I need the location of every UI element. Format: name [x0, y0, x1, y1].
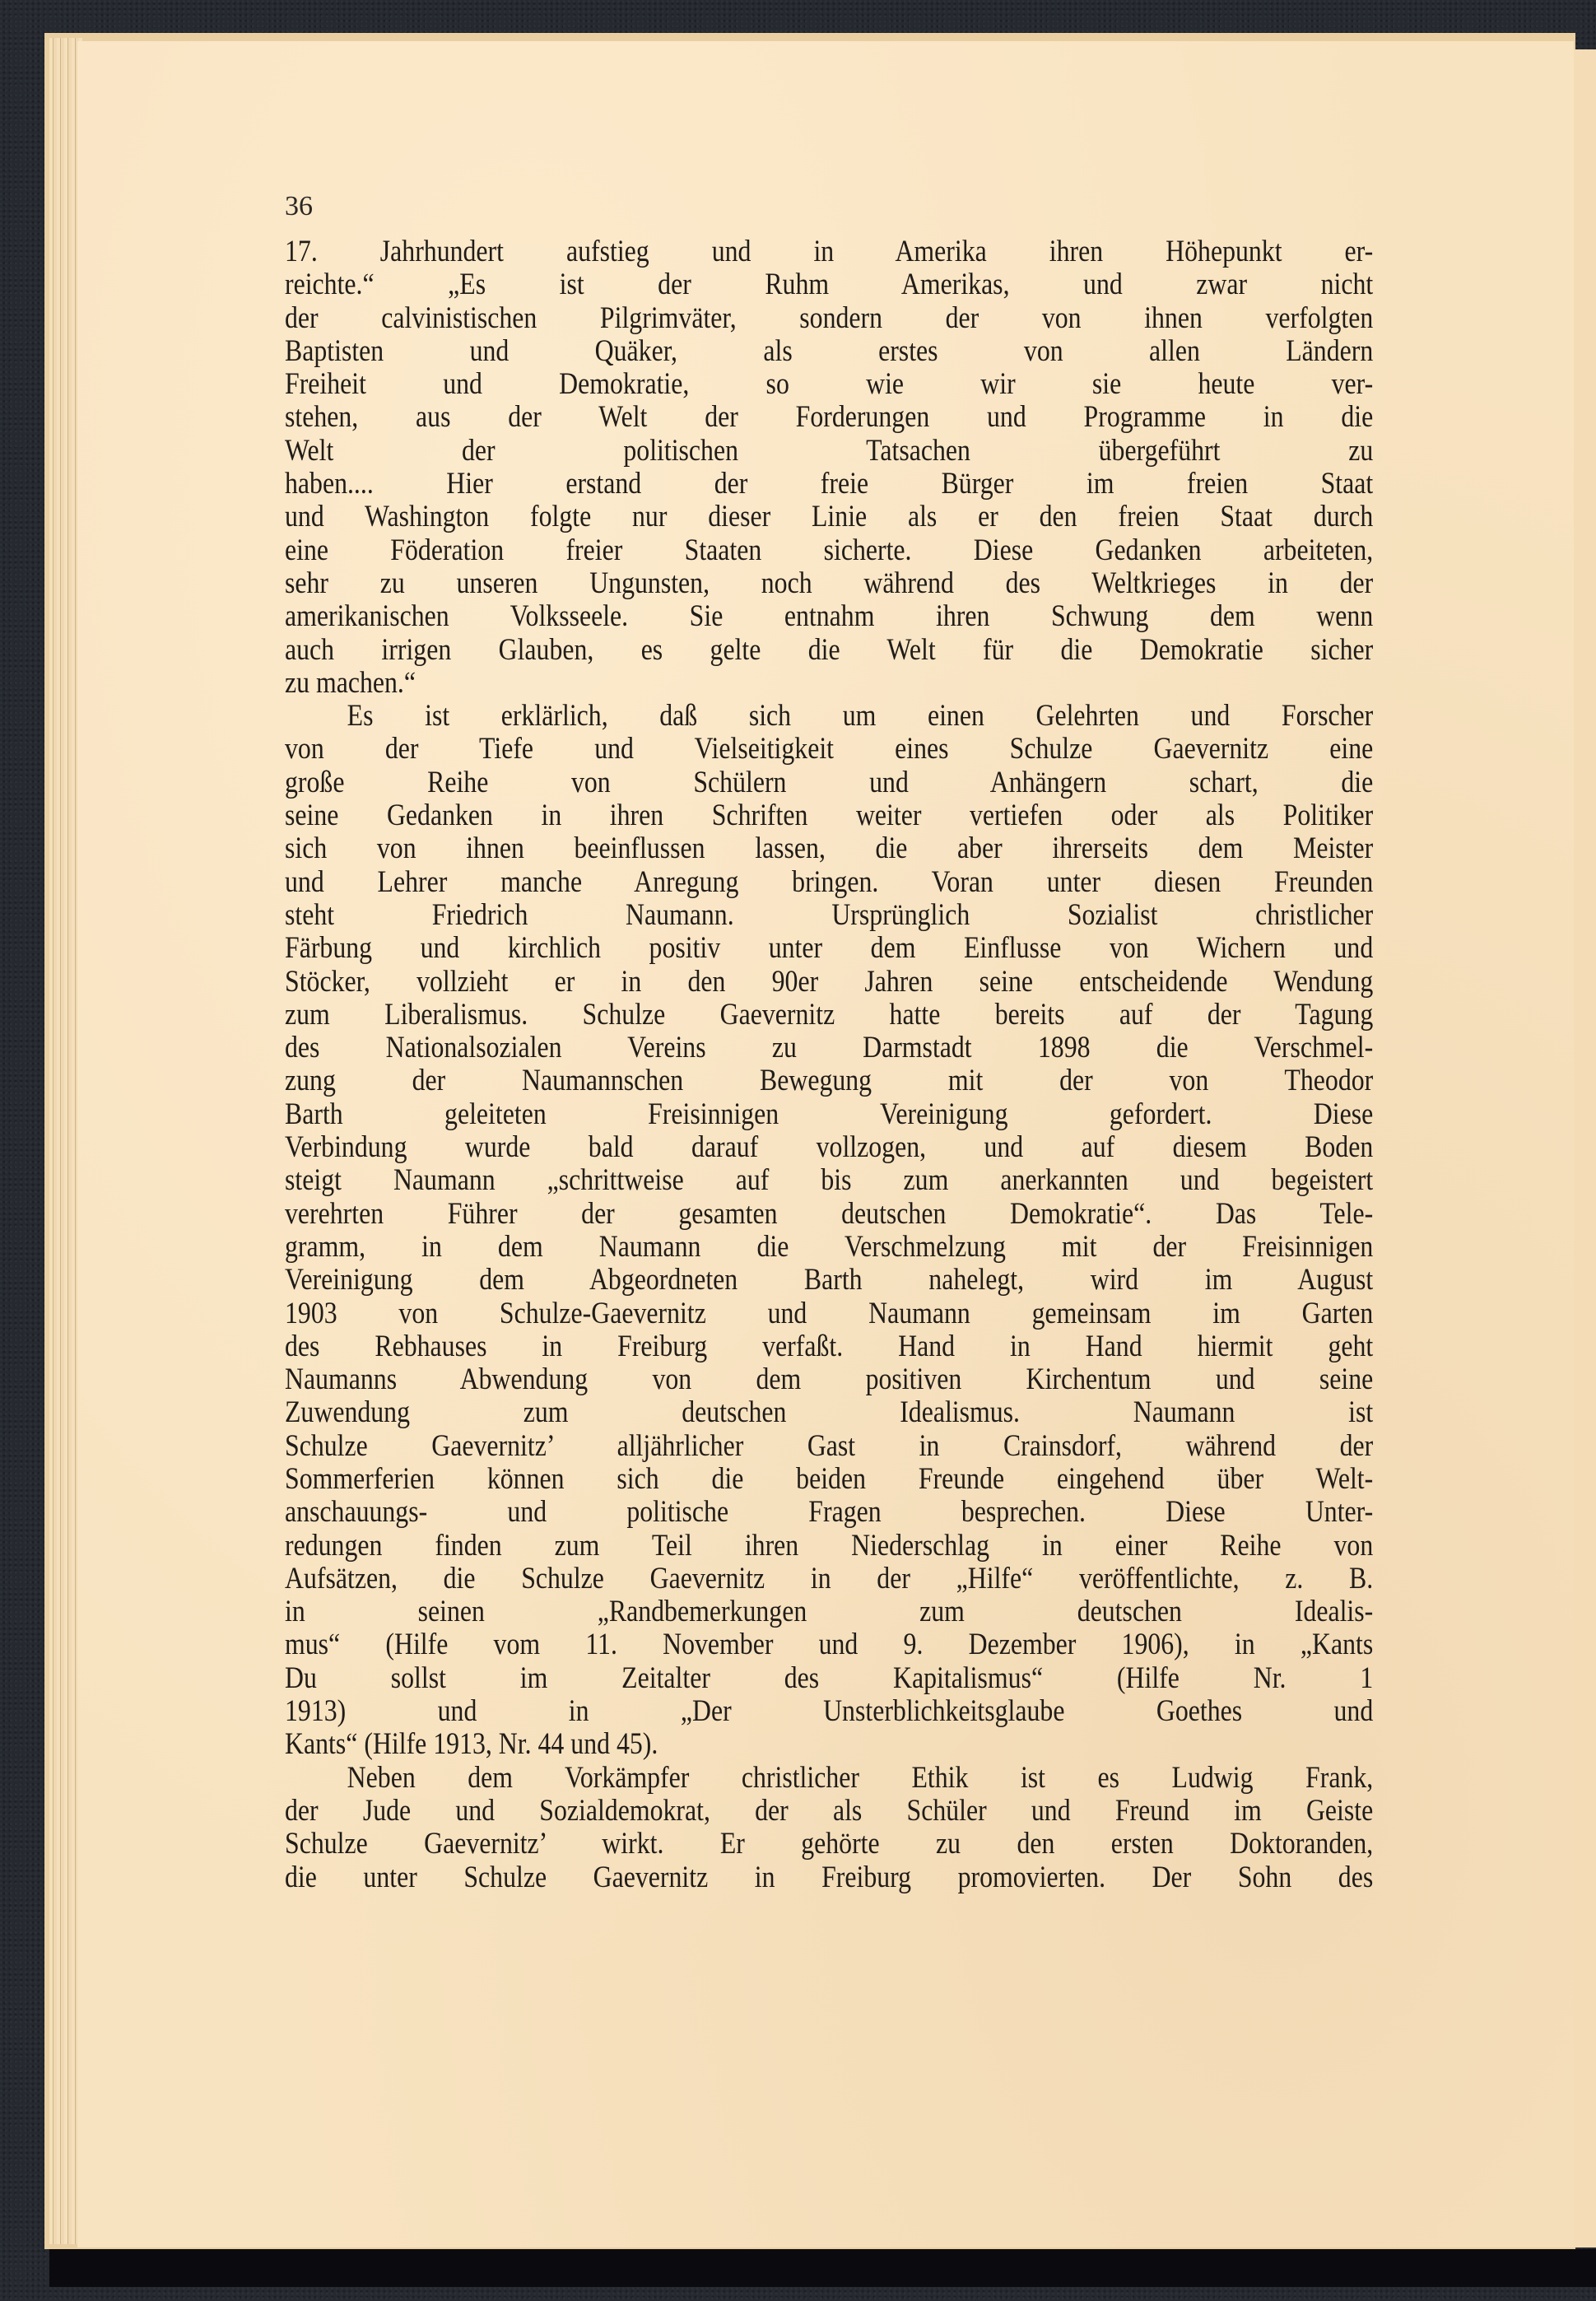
text-line: stehen, aus der Welt der Forderungen und… — [285, 401, 1373, 434]
text-line: Du sollst im Zeitalter des Kapitalismus“… — [285, 1662, 1373, 1695]
text-line: Sommerferien können sich die beiden Freu… — [285, 1463, 1373, 1496]
text-line: Kants“ (Hilfe 1913, Nr. 44 und 45). — [285, 1728, 1373, 1761]
text-line: haben.... Hier erstand der freie Bürger … — [285, 468, 1373, 501]
text-line: der Jude und Sozialdemokrat, der als Sch… — [285, 1795, 1373, 1828]
text-line: mus“ (Hilfe vom 11. November und 9. Deze… — [285, 1628, 1373, 1661]
text-line: eine Föderation freier Staaten sicherte.… — [285, 534, 1373, 567]
text-line: redungen finden zum Teil ihren Niedersch… — [285, 1530, 1373, 1563]
text-line: 1913) und in „Der Unsterblichkeitsglaube… — [285, 1695, 1373, 1728]
text-line: Vereinigung dem Abgeordneten Barth nahel… — [285, 1264, 1373, 1297]
text-line: zu machen.“ — [285, 667, 1373, 700]
text-line: Barth geleiteten Freisinnigen Vereinigun… — [285, 1098, 1373, 1131]
text-line: Welt der politischen Tatsachen übergefüh… — [285, 435, 1373, 468]
text-line: des Rebhauses in Freiburg verfaßt. Hand … — [285, 1330, 1373, 1363]
text-line: 1903 von Schulze-Gaevernitz und Naumann … — [285, 1297, 1373, 1330]
text-line: in seinen „Randbemerkungen zum deutschen… — [285, 1595, 1373, 1628]
text-line: des Nationalsozialen Vereins zu Darmstad… — [285, 1032, 1373, 1064]
text-line: und Washington folgte nur dieser Linie a… — [285, 501, 1373, 533]
text-line: Zuwendung zum deutschen Idealismus. Naum… — [285, 1396, 1373, 1429]
page-bottom-shadow — [49, 2249, 1596, 2287]
text-line: reichte.“ „Es ist der Ruhm Amerikas, und… — [285, 268, 1373, 301]
text-line: seine Gedanken in ihren Schriften weiter… — [285, 799, 1373, 832]
text-line: Schulze Gaevernitz’ wirkt. Er gehörte zu… — [285, 1828, 1373, 1861]
text-line: Verbindung wurde bald darauf vollzogen, … — [285, 1131, 1373, 1164]
text-line: und Lehrer manche Anregung bringen. Vora… — [285, 866, 1373, 899]
text-line: Färbung und kirchlich positiv unter dem … — [285, 932, 1373, 965]
paragraph-start-line: Es ist erklärlich, daß sich um einen Gel… — [285, 700, 1373, 733]
text-line: Naumanns Abwendung von dem positiven Kir… — [285, 1363, 1373, 1396]
text-line: steht Friedrich Naumann. Ursprünglich So… — [285, 899, 1373, 932]
text-line: der calvinistischen Pilgrimväter, sonder… — [285, 302, 1373, 335]
text-line: anschauungs- und politische Fragen bespr… — [285, 1496, 1373, 1529]
body-text: 17. Jahrhundert aufstieg und in Amerika … — [285, 235, 1373, 1894]
text-line: Aufsätzen, die Schulze Gaevernitz in der… — [285, 1563, 1373, 1595]
text-line: sich von ihnen beeinflussen lassen, die … — [285, 832, 1373, 865]
text-line: amerikanischen Volksseele. Sie entnahm i… — [285, 600, 1373, 633]
text-line: zung der Naumannschen Bewegung mit der v… — [285, 1064, 1373, 1097]
text-line: steigt Naumann „schrittweise auf bis zum… — [285, 1164, 1373, 1197]
text-line: zum Liberalismus. Schulze Gaevernitz hat… — [285, 999, 1373, 1032]
text-line: sehr zu unseren Ungunsten, noch während … — [285, 567, 1373, 600]
text-line: von der Tiefe und Vielseitigkeit eines S… — [285, 733, 1373, 766]
text-line: Freiheit und Demokratie, so wie wir sie … — [285, 368, 1373, 401]
text-line: große Reihe von Schülern und Anhängern s… — [285, 766, 1373, 799]
text-line: Stöcker, vollzieht er in den 90er Jahren… — [285, 966, 1373, 999]
text-line: 17. Jahrhundert aufstieg und in Amerika … — [285, 235, 1373, 268]
paragraph-start-line: Neben dem Vorkämpfer christlicher Ethik … — [285, 1762, 1373, 1795]
text-line: die unter Schulze Gaevernitz in Freiburg… — [285, 1861, 1373, 1894]
page-number: 36 — [285, 191, 313, 222]
text-line: verehrten Führer der gesamten deutschen … — [285, 1198, 1373, 1231]
text-line: gramm, in dem Naumann die Verschmelzung … — [285, 1231, 1373, 1264]
text-line: Schulze Gaevernitz’ alljährlicher Gast i… — [285, 1430, 1373, 1463]
text-line: Baptisten und Quäker, als erstes von all… — [285, 335, 1373, 368]
text-line: auch irrigen Glauben, es gelte die Welt … — [285, 634, 1373, 667]
